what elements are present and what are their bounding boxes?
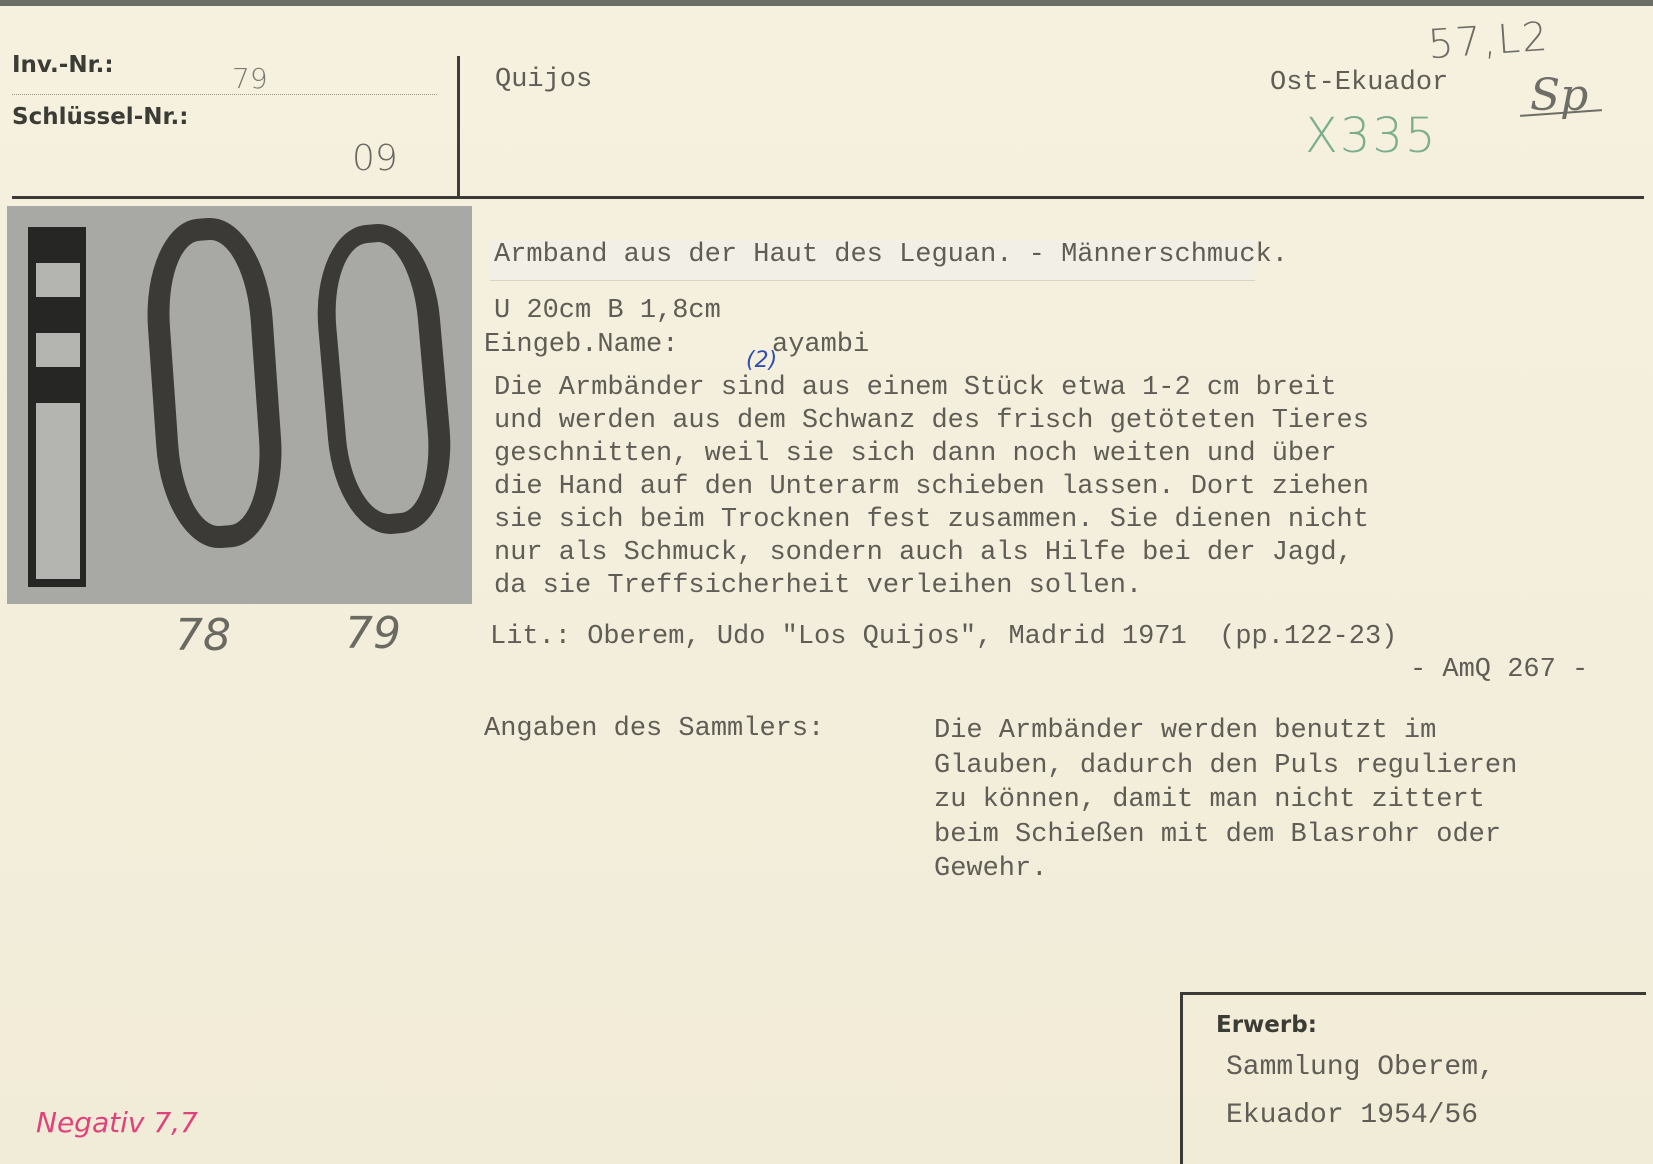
collector-notes-text: Die Armbänder werden benutzt im Glauben,… [934, 714, 1517, 887]
object-description: Die Armbänder sind aus einem Stück etwa … [494, 372, 1369, 603]
negative-number-note: Negativ 7,7 [36, 1106, 198, 1139]
acquisition-date: Ekuador 1954/56 [1226, 1100, 1478, 1131]
armband-79-image [310, 219, 459, 538]
footnote-mark: (2) [746, 348, 777, 373]
header-vertical-divider [457, 56, 460, 196]
scale-segment [36, 403, 80, 579]
acquisition-source: Sammlung Oberem, [1226, 1052, 1495, 1083]
region-name: Ost-Ekuador [1270, 68, 1448, 98]
inventory-dotted-line [12, 94, 437, 95]
tribe-name: Quijos [495, 65, 592, 95]
handwritten-note-top: 57,L2 [1427, 14, 1551, 68]
key-number-value: 09 [352, 138, 398, 179]
acquisition-label: Erwerb: [1216, 1012, 1317, 1038]
object-title: Armband aus der Haut des Leguan. - Männe… [494, 240, 1288, 270]
literature-code: - AmQ 267 - [1410, 655, 1588, 685]
photo-scale-bar [28, 227, 86, 587]
inventory-number-label: Inv.-Nr.: [12, 52, 114, 78]
catalog-number: X335 [1305, 108, 1438, 164]
native-name-value: ayambi [772, 330, 869, 360]
key-number-label: Schlüssel-Nr.: [12, 104, 189, 130]
inventory-number-value: 79 [232, 62, 268, 95]
object-dimensions: U 20cm B 1,8cm [494, 296, 721, 326]
literature-reference: Lit.: Oberem, Udo "Los Quijos", Madrid 1… [490, 622, 1397, 652]
scale-segment [36, 263, 80, 297]
scale-segment [36, 333, 80, 367]
collector-notes-label: Angaben des Sammlers: [484, 714, 824, 744]
header-horizontal-divider [12, 196, 1644, 199]
native-name-label: Eingeb.Name: [484, 330, 678, 360]
armband-78-image [141, 214, 289, 552]
photo-caption-right: 79 [345, 608, 401, 659]
photo-caption-left: 78 [175, 610, 231, 661]
object-photo [7, 206, 472, 604]
